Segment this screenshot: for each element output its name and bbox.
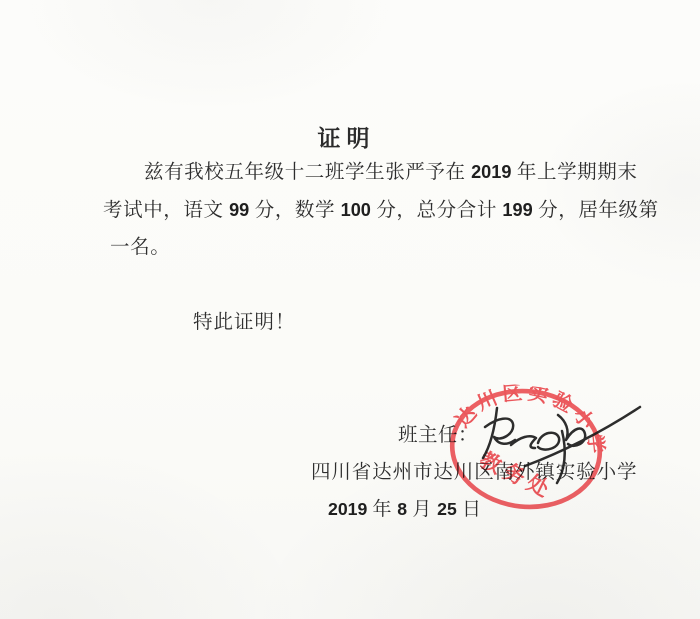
- certificate-document: 证明 兹有我校五年级十二班学生张严予在 2019 年上学期期末 考试中，语文 9…: [0, 0, 700, 619]
- signature-strokes: [470, 398, 650, 493]
- closing-statement: 特此证明！: [193, 306, 296, 334]
- body-line-1: 兹有我校五年级十二班学生张严予在 2019 年上学期期末: [103, 160, 624, 185]
- document-title: 证明: [0, 120, 693, 153]
- body-line-3: 一名。: [103, 236, 590, 260]
- body-line-2: 考试中，语文 99 分，数学 100 分，总分合计 199 分，居年级第: [103, 198, 583, 223]
- handwritten-signature: [470, 398, 650, 493]
